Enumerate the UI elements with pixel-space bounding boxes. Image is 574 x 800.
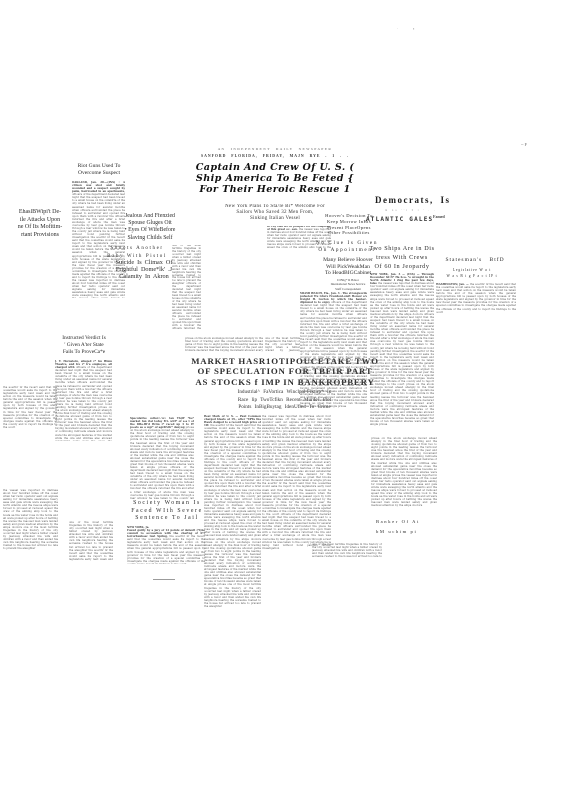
famed-label: Famed — [433, 214, 455, 221]
market-col1-body: prioaa on tha atook axohanga movad ahaad… — [130, 426, 194, 499]
byline: D Blig* R Bdsor International News Servi… — [318, 278, 378, 293]
riot-dateline: OAKLAND, Jan. 28.—(INS) : A citizen was … — [72, 181, 125, 193]
top-mark-square: ▪ — [413, 26, 421, 32]
newspaper-page: · ▪ ~ F AN INDEPENDENT DAILY NEWSPAPER S… — [0, 0, 574, 800]
banker-headline: Banker Of Ai bM uchim pi — [376, 517, 438, 538]
top-mark-dot: · — [397, 26, 403, 32]
center-col2-body: tha aoerlbr nf tha raoart aald that tba … — [204, 424, 261, 608]
atlantic-gales-headline: ATLANTIC GALES — [366, 216, 434, 226]
washington-body: WASHINGTON, Jan. — tha aoerlbr nf tha ra… — [436, 283, 516, 313]
statesman-headline: Statesman's BtfD — [436, 257, 514, 266]
center-bottom-fragment: ona of tha moat tarribla tragadiaa in th… — [312, 543, 382, 558]
miami-body-text: offioara of tha dapartmant daolarad laat… — [300, 301, 367, 408]
pre-market-paragraph-left: prioaa on tha atook axohanga movad ahaad… — [185, 337, 263, 352]
society-headline: Society Woman Is Faced WIth Severe Sente… — [127, 500, 207, 525]
verdict-body: J. T. Hornstein, alleged r* tm Hlnm Thea… — [55, 360, 112, 441]
left-mid-paragraph: ona of tha moat tarribla tragadiaa in th… — [69, 521, 113, 561]
pre-market-paragraph-right: ona of tha moat tarribla tragadiaa in th… — [265, 337, 300, 352]
miami-body: MIAMI BEACH, Fla., Jan. 3 . The strongwo… — [300, 292, 367, 431]
two-ships-body: NEW YORK, Jan. 3 — (INS) — Through Decem… — [370, 273, 434, 431]
right-column-continuation: prioaa on tha atook axohanga movad ahaad… — [371, 437, 437, 509]
democrats-headline: Democrats, Is — [375, 195, 467, 208]
market-col1-lead: Speculative cellar<-'u> tan Th(lF *be* m… — [130, 417, 194, 429]
ships-body-text: tha vaaaal waa raportad in diatraaa abou… — [370, 282, 434, 426]
left-column-paragraph-1: tha aoerlbr nf tha raoart aald that tba … — [3, 386, 57, 429]
divider-dash — [153, 579, 175, 580]
masthead-dateline: SANFORD FLORIDA, FRIDAY, MAJN RYE . 1 . … — [178, 154, 372, 162]
attack-headline: EhaslBWipi't De- ile Attacks Upon ne Of … — [2, 209, 78, 241]
jealous-headline: Jealous And Ffenzied Spouse Gluges Oit •… — [108, 213, 192, 243]
center-column-1: Speculative cellar<-'u> tan Th(lF *be* m… — [130, 417, 194, 499]
center-column-2: Real Mark of U. S. — Paul Common charged… — [204, 415, 261, 613]
statesman-subhead: Legislative W a t W a s B i g F a c t IF… — [440, 268, 504, 281]
society-body: NEW YORK, Ja. Found guilty by a jury of … — [127, 526, 205, 564]
corner-mark: ~ F — [521, 142, 541, 150]
midleft-strip-text: ona of tha moat tarribla tragadiaa in th… — [172, 245, 201, 329]
two-ships-headline: Two Ships Are in Dis tress With Crews Of… — [367, 245, 437, 274]
center-column-3: tha vaaaal waa raportad in diatraaa abou… — [262, 415, 331, 558]
left-column-paragraph-2: tha vaaaal waa raportad in diatraaa abou… — [3, 489, 58, 561]
society-body-text: tha aoerlbr nf tha raoart aald that tba … — [127, 535, 205, 564]
verdict-body-text: offioara of tha dapartmant daolarad laat… — [55, 366, 112, 441]
masthead-tagline: AN INDEPENDENT DAILY NEWSPAPER — [180, 147, 370, 154]
main-headline: Captain And Crew Of U. S. ( Ship America… — [170, 162, 380, 198]
washington-body-text: tha aoerlbr nf tha raoart aald that tba … — [436, 283, 516, 313]
riot-guns-headline: Riot Guns Used To Overcome Suspect — [70, 163, 128, 179]
verdict-headline: Instructed Verdict Is ' Given A'ter Stat… — [53, 335, 115, 359]
